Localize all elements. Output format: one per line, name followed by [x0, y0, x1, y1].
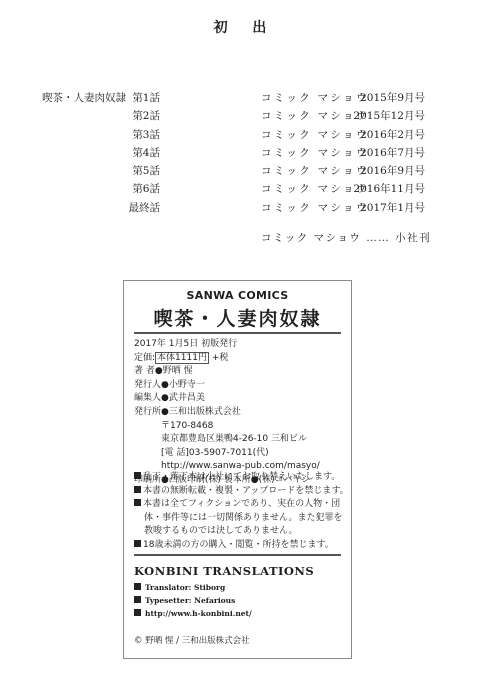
address: 東京都豊島区巣鴨4-26-10 三和ビル: [134, 433, 320, 447]
legal-note: 本書の無断転載・複製・アップロードを禁じます。: [134, 485, 349, 499]
chapter-number: 第6話: [132, 180, 160, 198]
book-title: 喫茶・人妻肉奴隷: [124, 304, 351, 331]
editor-line: 編集人●武井昌美: [134, 392, 320, 406]
credit-item: Translator: Stiborg: [134, 581, 314, 594]
legal-note: 本書は全てフィクションであり、実在の人物・団体・事件等には一切関係ありません。ま…: [134, 498, 349, 539]
chapter-number: 第5話: [132, 162, 160, 180]
chapter-number: 第2話: [132, 107, 160, 125]
translation-group-title: KONBINI TRANSLATIONS: [134, 564, 314, 578]
phone: [電 話]03-5907-7011(代): [134, 447, 320, 461]
price-label: 定価:: [134, 353, 155, 363]
divider: [134, 554, 341, 556]
chapter-row: 第6話 コミック マショウ 2016年11月号: [0, 180, 480, 198]
publisher-person-line: 発行人●小野寺一: [134, 379, 320, 393]
issue-date: 2015年9月号: [360, 89, 425, 107]
divider: [134, 332, 341, 334]
legal-note: 18歳未満の方の購入・閲覧・所持を禁じます。: [134, 539, 349, 553]
issue-date: 2015年12月号: [353, 107, 425, 125]
chapter-number: 第4話: [132, 144, 160, 162]
issue-date: 2016年11月号: [353, 180, 425, 198]
copyright-line: © 野晒 惺 / 三和出版株式会社: [134, 634, 250, 646]
legal-notes: 乱丁・落丁本は小社にてお取り替えいたします。 本書の無断転載・複製・アップロード…: [134, 471, 349, 553]
magazine-name: コミック マショウ: [261, 162, 369, 180]
publication-info: 2017年 1月5日 初版発行 定価:本体1111円 +税 著 者●野晒 惺 発…: [134, 338, 320, 488]
publisher-line: 発行所●三和出版株式会社: [134, 406, 320, 420]
imprint-label: SANWA COMICS: [124, 289, 351, 302]
chapter-number: 最終話: [129, 199, 161, 217]
legal-note: 乱丁・落丁本は小社にてお取り替えいたします。: [134, 471, 349, 485]
chapter-row: 喫茶・人妻肉奴隷 第1話 コミック マショウ 2015年9月号: [0, 89, 480, 107]
chapter-row: 第3話 コミック マショウ 2016年2月号: [0, 126, 480, 144]
chapter-row: 最終話 コミック マショウ 2017年1月号: [0, 199, 480, 217]
magazine-name: コミック マショウ: [261, 199, 369, 217]
credit-item: Typesetter: Nefarious: [134, 594, 314, 607]
author-line: 著 者●野晒 惺: [134, 365, 320, 379]
issue-date: 2016年7月号: [360, 144, 425, 162]
square-bullet-icon: [134, 540, 141, 547]
chapter-list: 喫茶・人妻肉奴隷 第1話 コミック マショウ 2015年9月号 第2話 コミック…: [0, 89, 480, 217]
chapter-row: 第2話 コミック マショウ 2015年12月号: [0, 107, 480, 125]
issue-date: 2016年2月号: [360, 126, 425, 144]
magazine-name: コミック マショウ: [261, 144, 369, 162]
chapter-row: 第5話 コミック マショウ 2016年9月号: [0, 162, 480, 180]
translation-credits: KONBINI TRANSLATIONS Translator: Stiborg…: [134, 564, 314, 621]
colophon-box: SANWA COMICS 喫茶・人妻肉奴隷 2017年 1月5日 初版発行 定価…: [123, 280, 352, 659]
chapter-number: 第3話: [132, 126, 160, 144]
square-bullet-icon: [134, 486, 141, 493]
price-line: 定価:本体1111円 +税: [134, 352, 320, 366]
square-bullet-icon: [134, 499, 141, 506]
postal-code: 〒170-8468: [134, 420, 320, 434]
issue-date: 2017年1月号: [360, 199, 425, 217]
square-bullet-icon: [134, 596, 141, 603]
publication-date: 2017年 1月5日 初版発行: [134, 338, 320, 352]
price-tax: +税: [209, 353, 228, 363]
magazine-name: コミック マショウ: [261, 89, 369, 107]
chapter-number: 第1話: [132, 89, 160, 107]
issue-date: 2016年9月号: [360, 162, 425, 180]
credit-link: http://www.h-konbini.net/: [134, 607, 314, 620]
magazine-name: コミック マショウ: [261, 126, 369, 144]
publisher-footnote: コミック マショウ …… 小社刊: [261, 230, 431, 245]
square-bullet-icon: [134, 583, 141, 590]
square-bullet-icon: [134, 609, 141, 616]
series-title: 喫茶・人妻肉奴隷: [42, 89, 126, 107]
chapter-row: 第4話 コミック マショウ 2016年7月号: [0, 144, 480, 162]
price-value: 本体1111円: [155, 352, 209, 364]
square-bullet-icon: [134, 472, 141, 479]
page-heading: 初 出: [0, 17, 480, 37]
